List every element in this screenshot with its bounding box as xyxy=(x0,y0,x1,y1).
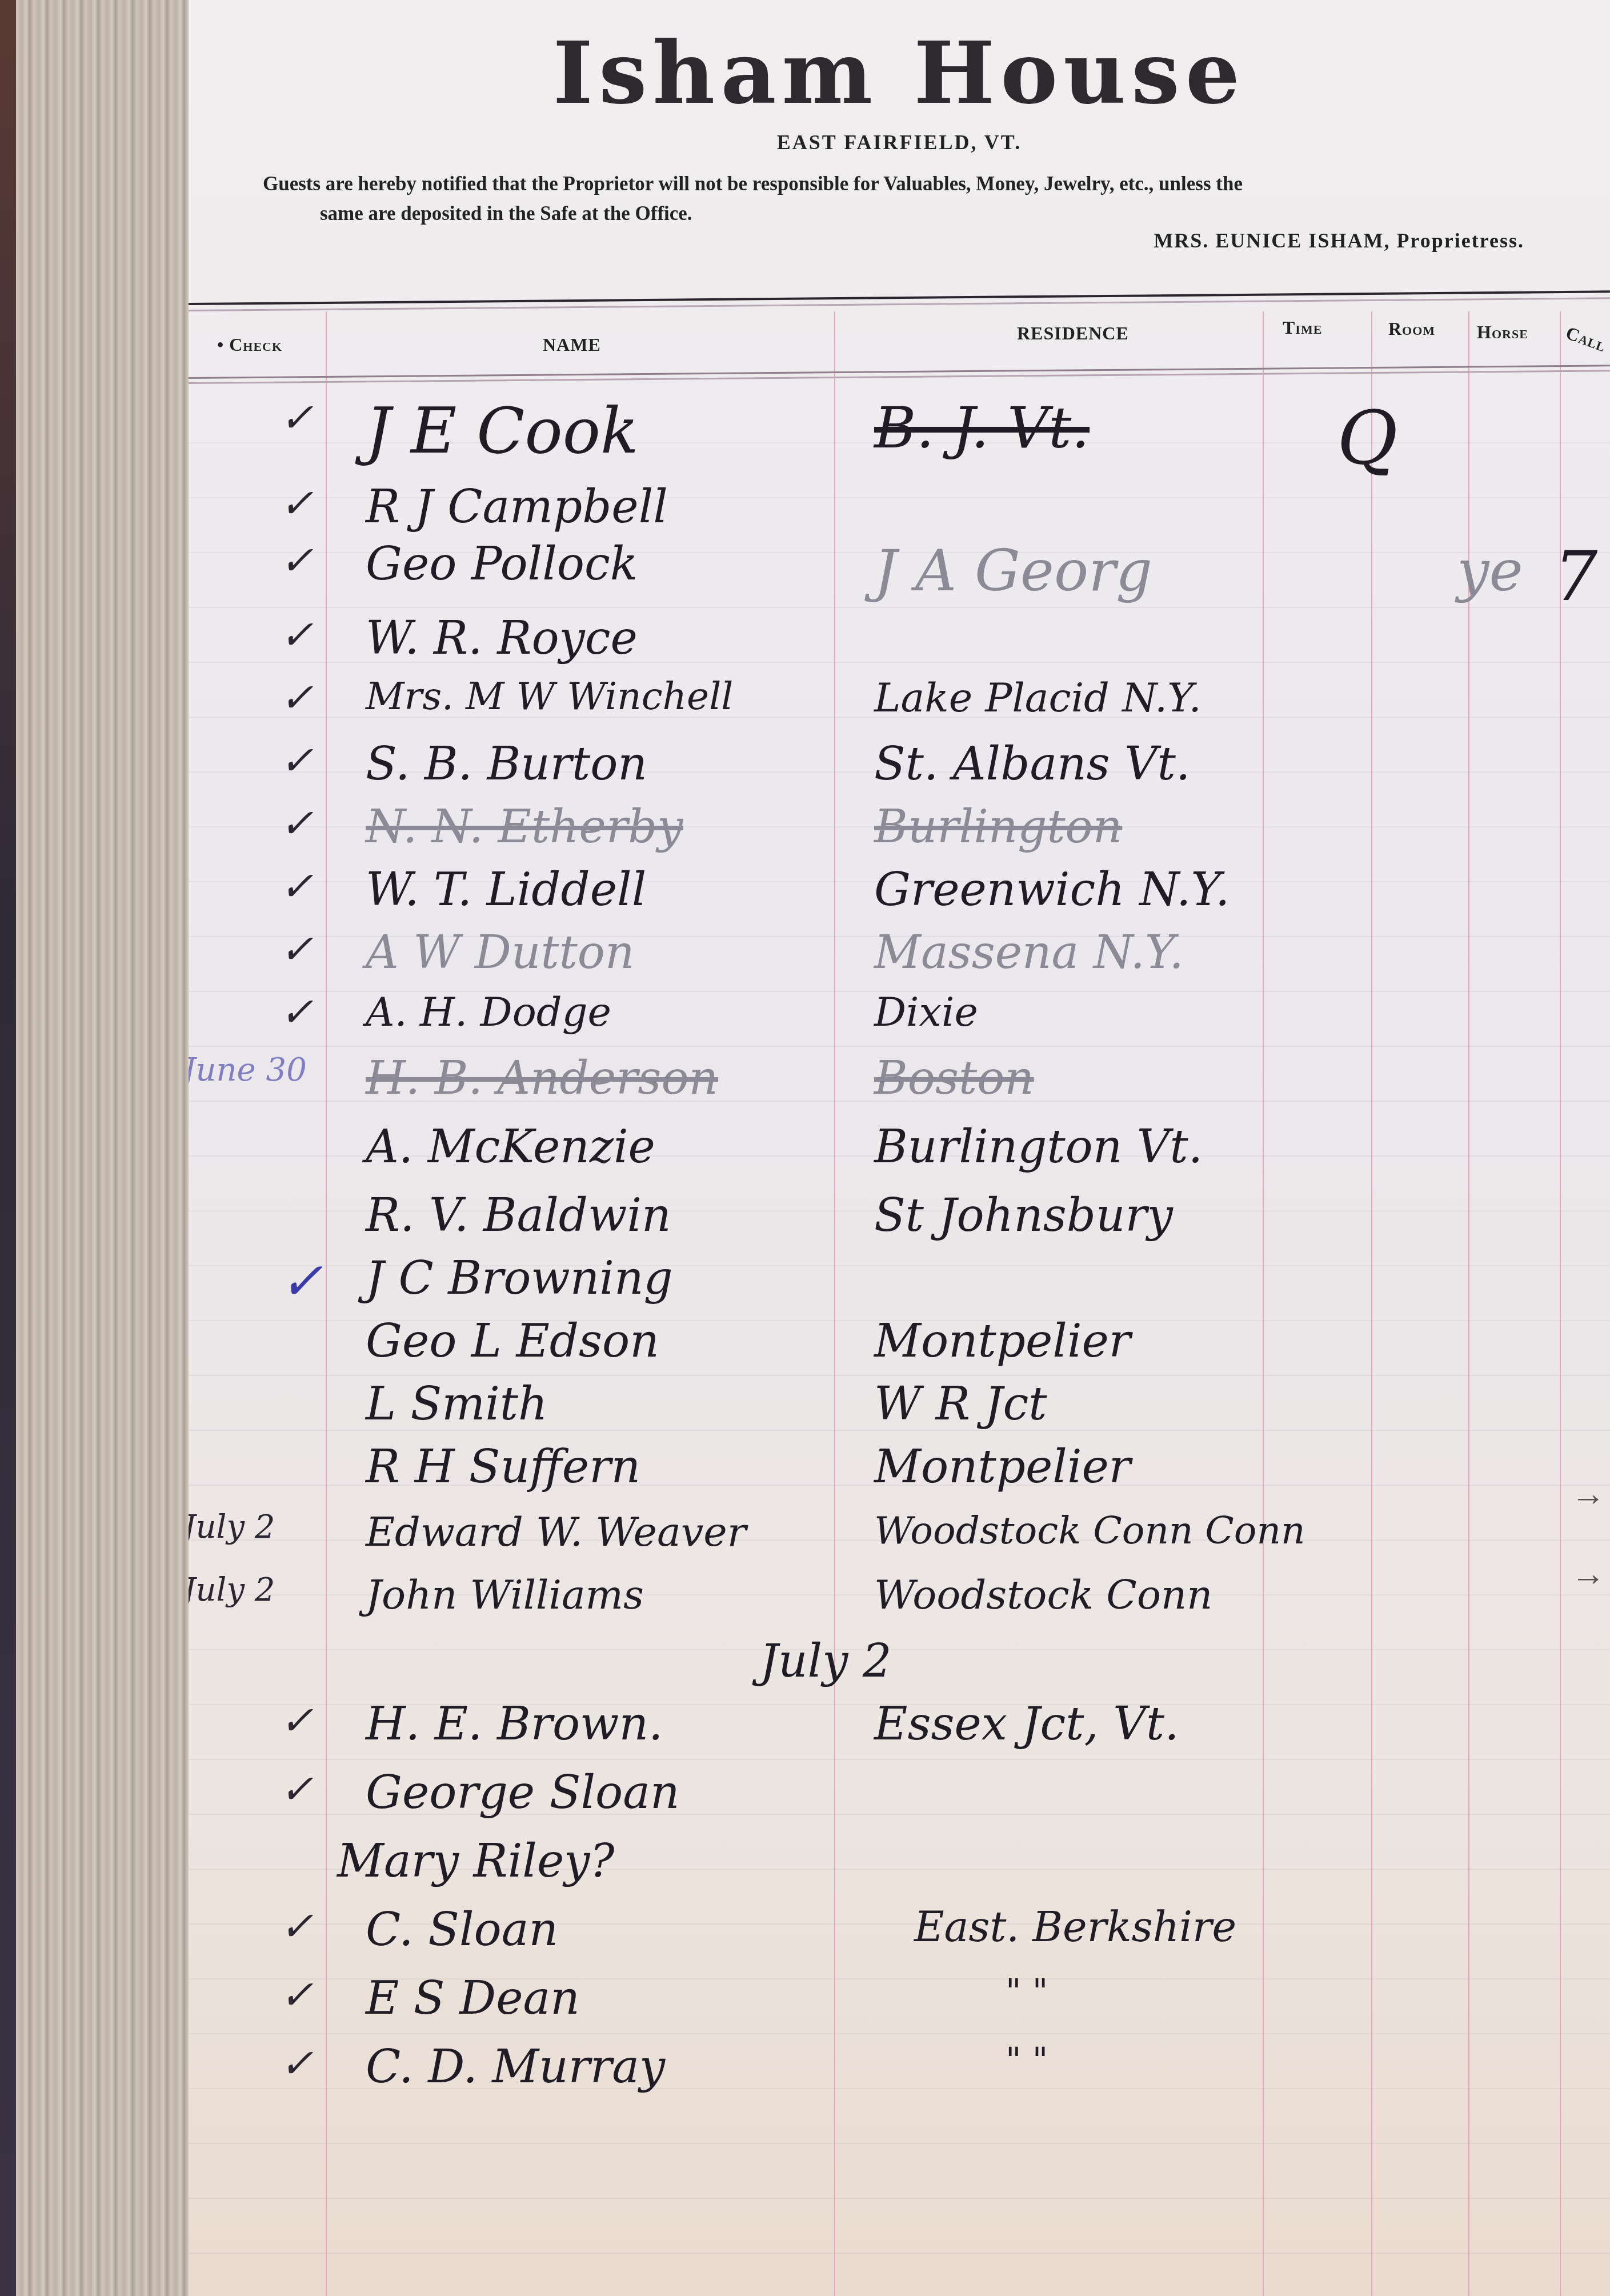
guest-name: Geo L Edson xyxy=(366,1314,659,1367)
check-mark-icon: ✓ xyxy=(280,1903,314,1950)
guest-name: W. T. Liddell xyxy=(366,863,646,916)
entry-date: July 2 xyxy=(189,1509,275,1546)
arrow-mark-icon: → xyxy=(1571,1554,1605,1594)
guest-name: A. McKenzie xyxy=(366,1120,655,1173)
guest-residence: Boston xyxy=(874,1051,1034,1105)
guest-name: R. V. Baldwin xyxy=(366,1189,671,1242)
guest-name: Geo Pollock xyxy=(366,537,638,590)
guest-name: R J Campbell xyxy=(366,480,668,533)
notice-line-1: Guests are hereby notified that the Prop… xyxy=(263,173,1243,195)
check-mark-icon: ✓ xyxy=(280,2040,314,2087)
check-mark-icon: ✓ xyxy=(280,1697,314,1744)
book-page-edges xyxy=(0,0,190,2296)
guest-time: Q xyxy=(1337,394,1398,481)
guest-residence: East. Berkshire xyxy=(914,1903,1236,1951)
guest-room: ye xyxy=(1457,537,1523,604)
table-row: July 2 Edward W. Weaver Woodstock Conn C… xyxy=(189,1509,1610,1571)
guest-residence: Montpelier xyxy=(874,1440,1131,1493)
guest-residence: Woodstock Conn Conn xyxy=(874,1509,1305,1553)
guest-residence: Burlington Vt. xyxy=(874,1120,1203,1173)
table-row: ✓ N. N. Etherby Burlington xyxy=(189,800,1610,863)
table-row: ✓ J C Browning xyxy=(189,1251,1610,1314)
guest-name: Mrs. M W Winchell xyxy=(366,674,733,718)
table-row: ✓ Geo Pollock J A Georg ye 7 xyxy=(189,537,1610,600)
guest-name: Mary Riley? xyxy=(337,1834,614,1887)
col-header-time: Time xyxy=(1283,317,1322,338)
table-row: ✓ Mrs. M W Winchell Lake Placid N.Y. xyxy=(189,674,1610,737)
guest-name: N. N. Etherby xyxy=(366,800,683,853)
column-headers: • Check NAME RESIDENCE Time Room Horse C… xyxy=(189,311,1610,374)
hotel-location: EAST FAIRFIELD, VT. xyxy=(189,130,1610,154)
check-mark-icon: ✓ xyxy=(280,989,314,1035)
guest-residence: J A Georg xyxy=(874,537,1152,604)
guest-residence: Montpelier xyxy=(874,1314,1131,1367)
guest-name: L Smith xyxy=(366,1377,547,1430)
table-row: ✓ C. D. Murray " " xyxy=(189,2040,1610,2103)
table-row: Mary Riley? xyxy=(189,1834,1610,1897)
col-header-room: Room xyxy=(1388,318,1435,339)
section-date: July 2 xyxy=(760,1634,892,1687)
guest-residence: St. Albans Vt. xyxy=(874,737,1190,790)
table-row: ✓ A. H. Dodge Dixie xyxy=(189,989,1610,1051)
table-row: R. V. Baldwin St Johnsbury xyxy=(189,1189,1610,1251)
table-row: ✓ H. E. Brown. Essex Jct, Vt. xyxy=(189,1697,1610,1760)
col-header-check: • Check xyxy=(217,334,282,355)
guest-residence: St Johnsbury xyxy=(874,1189,1173,1242)
notice-line-2: same are deposited in the Safe at the Of… xyxy=(263,199,692,229)
guest-name: John Williams xyxy=(366,1571,644,1618)
table-row: June 30 H. B. Anderson Boston xyxy=(189,1051,1610,1114)
table-row: L Smith W R Jct xyxy=(189,1377,1610,1440)
table-row: ✓ S. B. Burton St. Albans Vt. xyxy=(189,737,1610,800)
check-mark-icon: ✓ xyxy=(280,1251,323,1311)
table-row: ✓ W. T. Liddell Greenwich N.Y. xyxy=(189,863,1610,926)
entry-date: July 2 xyxy=(189,1571,275,1609)
table-row: ✓ R J Campbell xyxy=(189,480,1610,543)
col-header-call: Call xyxy=(1563,322,1609,357)
guest-name: Edward W. Weaver xyxy=(366,1509,746,1555)
guest-name: W. R. Royce xyxy=(366,611,638,665)
guest-residence: Woodstock Conn xyxy=(874,1571,1212,1618)
guest-residence: Essex Jct, Vt. xyxy=(874,1697,1179,1750)
check-mark-icon: ✓ xyxy=(280,480,314,527)
check-mark-icon: ✓ xyxy=(280,926,314,973)
proprietor-name: MRS. EUNICE ISHAM, Proprietress. xyxy=(1154,229,1524,253)
guest-residence: Massena N.Y. xyxy=(874,926,1184,979)
book-spine xyxy=(0,0,16,2296)
guest-name: J E Cook xyxy=(366,394,639,467)
arrow-mark-icon: → xyxy=(1571,1474,1605,1514)
check-mark-icon: ✓ xyxy=(280,800,314,847)
table-row: ✓ A W Dutton Massena N.Y. xyxy=(189,926,1610,989)
col-header-horse: Horse xyxy=(1477,322,1528,343)
bullet-icon: • xyxy=(217,334,229,355)
guest-residence-ditto: " " xyxy=(1006,1971,1048,2011)
entry-date: June 30 xyxy=(189,1051,307,1089)
table-row: A. McKenzie Burlington Vt. xyxy=(189,1120,1610,1183)
check-mark-icon: ✓ xyxy=(280,863,314,910)
guest-name: H. E. Brown. xyxy=(366,1697,663,1750)
col-header-residence: RESIDENCE xyxy=(1017,323,1129,344)
check-mark-icon: ✓ xyxy=(280,737,314,784)
guest-name: H. B. Anderson xyxy=(366,1051,718,1105)
table-row: July 2 John Williams Woodstock Conn xyxy=(189,1571,1610,1634)
register-page: Isham House EAST FAIRFIELD, VT. Guests a… xyxy=(189,0,1610,2296)
check-mark-icon: ✓ xyxy=(280,394,314,441)
col-header-name: NAME xyxy=(543,334,601,355)
guest-name: J C Browning xyxy=(366,1251,673,1305)
check-mark-icon: ✓ xyxy=(280,1766,314,1813)
liability-notice: Guests are hereby notified that the Prop… xyxy=(263,169,1554,229)
guest-residence: B. J. Vt. xyxy=(874,394,1090,461)
guest-residence: W R Jct xyxy=(874,1377,1047,1430)
table-row: ✓ J E Cook B. J. Vt. Q xyxy=(189,394,1610,457)
guest-name: S. B. Burton xyxy=(366,737,647,790)
register-header: Isham House EAST FAIRFIELD, VT. Guests a… xyxy=(189,0,1610,297)
guest-name: A W Dutton xyxy=(366,926,635,979)
guest-residence: Greenwich N.Y. xyxy=(874,863,1229,916)
check-mark-icon: ✓ xyxy=(280,674,314,721)
check-mark-icon: ✓ xyxy=(280,537,314,584)
guest-name: C. Sloan xyxy=(366,1903,558,1956)
guest-name: R H Suffern xyxy=(366,1440,640,1493)
check-mark-icon: ✓ xyxy=(280,1971,314,2018)
hotel-title: Isham House xyxy=(189,23,1610,123)
guest-name: George Sloan xyxy=(366,1766,679,1819)
table-row: ✓ E S Dean " " xyxy=(189,1971,1610,2034)
table-row: Geo L Edson Montpelier xyxy=(189,1314,1610,1377)
guest-residence-ditto: " " xyxy=(1006,2040,1048,2080)
guest-residence: Dixie xyxy=(874,989,978,1035)
guest-residence: Lake Placid N.Y. xyxy=(874,674,1202,721)
guest-name: E S Dean xyxy=(366,1971,580,2025)
table-row: ✓ W. R. Royce xyxy=(189,611,1610,674)
guest-horse: 7 xyxy=(1554,537,1597,617)
table-row: ✓ C. Sloan East. Berkshire xyxy=(189,1903,1610,1966)
guest-name: C. D. Murray xyxy=(366,2040,665,2093)
guest-residence: Burlington xyxy=(874,800,1122,853)
table-row: R H Suffern Montpelier xyxy=(189,1440,1610,1503)
check-mark-icon: ✓ xyxy=(280,611,314,658)
table-row: ✓ George Sloan xyxy=(189,1766,1610,1829)
guest-name: A. H. Dodge xyxy=(366,989,611,1035)
